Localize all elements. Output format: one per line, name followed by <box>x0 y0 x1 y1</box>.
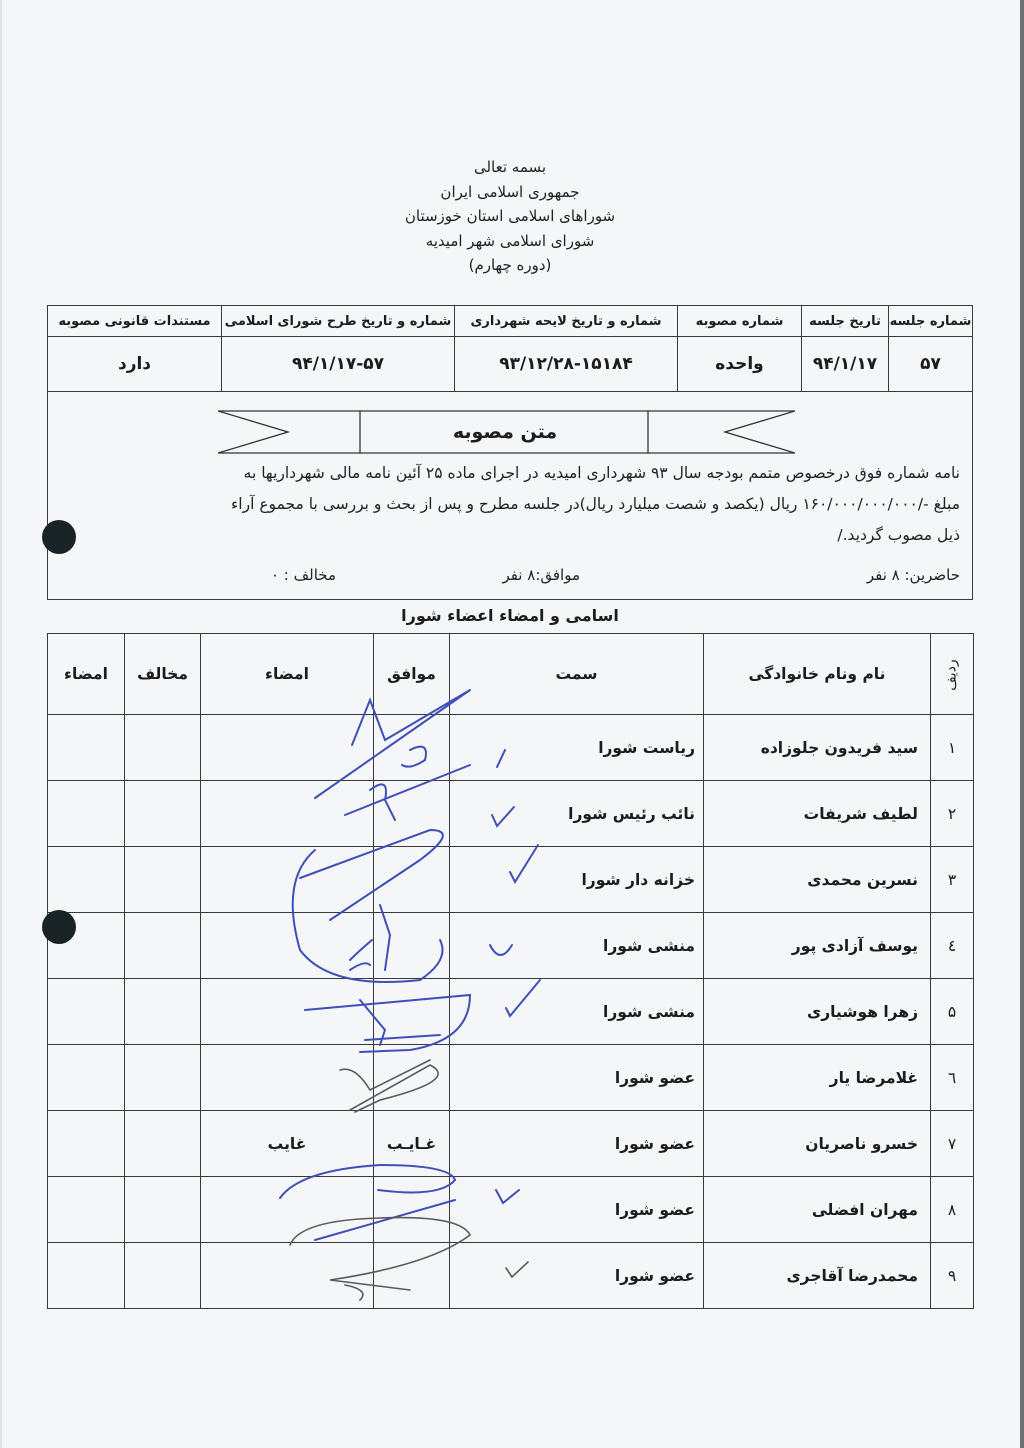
table-row: ۱ سید فریدون جلوزاده ریاست شورا <box>48 715 974 781</box>
row-name: زهرا هوشیاری <box>704 979 931 1045</box>
members-signature-table: ردیف نام ونام خانوادگی سمت موافق امضاء م… <box>47 633 974 1309</box>
row-signature2 <box>48 1045 125 1111</box>
header-bismillah: بسمه تعالی <box>300 155 720 180</box>
meta-legal-basis: دارد <box>48 337 222 392</box>
punch-hole-top <box>42 520 76 554</box>
row-index: ۸ <box>931 1177 974 1243</box>
punch-hole-bottom <box>42 910 76 944</box>
row-agree <box>374 913 450 979</box>
row-index: ۹ <box>931 1243 974 1309</box>
row-oppose <box>125 1177 201 1243</box>
meta-header-resolution-number: شماره مصوبه <box>678 306 802 337</box>
resolution-text-line1: نامه شماره فوق درخصوص متمم بودجه سال ۹۳ … <box>56 458 960 489</box>
members-section-title: اسامی و امضاء اعضاء شورا <box>300 606 720 625</box>
row-oppose <box>125 847 201 913</box>
row-name: خسرو ناصریان <box>704 1111 931 1177</box>
row-agree <box>374 1045 450 1111</box>
row-index: ۲ <box>931 781 974 847</box>
row-signature1 <box>201 1243 374 1309</box>
row-index: ۵ <box>931 979 974 1045</box>
header-country: جمهوری اسلامی ایران <box>300 180 720 205</box>
row-role: عضو شورا <box>450 1177 704 1243</box>
document-header: بسمه تعالی جمهوری اسلامی ایران شوراهای ا… <box>300 155 720 278</box>
row-oppose <box>125 781 201 847</box>
meta-header-municipal-bill: شماره و تاریخ لایحه شهرداری <box>455 306 678 337</box>
row-signature1 <box>201 1177 374 1243</box>
header-term: (دوره چهارم) <box>300 253 720 278</box>
row-signature1 <box>201 913 374 979</box>
row-name: لطیف شریفات <box>704 781 931 847</box>
resolution-text-line3: ذیل مصوب گردید./ <box>56 520 960 551</box>
resolution-title: متن مصوبه <box>360 411 650 453</box>
row-role: عضو شورا <box>450 1045 704 1111</box>
row-name: غلامرضا یار <box>704 1045 931 1111</box>
agree-count: موافق:۸ نفر <box>502 566 580 584</box>
meta-header-legal-basis: مستندات قانونی مصوبه <box>48 306 222 337</box>
row-role: منشی شورا <box>450 979 704 1045</box>
row-signature2 <box>48 781 125 847</box>
row-index: ٦ <box>931 1045 974 1111</box>
meta-municipal-bill: ۹۳/۱۲/۲۸-۱۵۱۸۴ <box>455 337 678 392</box>
meta-resolution-number: واحده <box>678 337 802 392</box>
table-row: ۵ زهرا هوشیاری منشی شورا <box>48 979 974 1045</box>
row-oppose <box>125 1243 201 1309</box>
table-row: ۷ خسرو ناصریان عضو شورا غـایـب غایب <box>48 1111 974 1177</box>
row-name: سید فریدون جلوزاده <box>704 715 931 781</box>
row-name: نسرین محمدی <box>704 847 931 913</box>
members-header-name: نام ونام خانوادگی <box>704 634 931 715</box>
header-city-council: شورای اسلامی شهر امیدیه <box>300 229 720 254</box>
row-oppose <box>125 979 201 1045</box>
meta-session-date: ۹۴/۱/۱۷ <box>802 337 889 392</box>
page-edge-right <box>1020 0 1024 1448</box>
row-oppose <box>125 913 201 979</box>
present-count: حاضرین: ۸ نفر <box>867 566 960 584</box>
meta-header-row: شماره جلسه تاریخ جلسه شماره مصوبه شماره … <box>48 306 973 337</box>
table-row: ٦ غلامرضا یار عضو شورا <box>48 1045 974 1111</box>
meta-session-number: ۵۷ <box>889 337 973 392</box>
meta-header-council-plan: شماره و تاریخ طرح شورای اسلامی <box>222 306 455 337</box>
members-header-agree: موافق <box>374 634 450 715</box>
members-header-index: ردیف <box>931 634 974 715</box>
row-signature2 <box>48 979 125 1045</box>
oppose-count: مخالف : ۰ <box>271 566 336 584</box>
row-signature2 <box>48 1243 125 1309</box>
row-index: ٤ <box>931 913 974 979</box>
table-row: ۲ لطیف شریفات نائب رئیس شورا <box>48 781 974 847</box>
row-role: عضو شورا <box>450 1111 704 1177</box>
members-header-row: ردیف نام ونام خانوادگی سمت موافق امضاء م… <box>48 634 974 715</box>
row-role: منشی شورا <box>450 913 704 979</box>
row-oppose <box>125 1045 201 1111</box>
row-name: محمدرضا آقاجری <box>704 1243 931 1309</box>
meta-header-session-date: تاریخ جلسه <box>802 306 889 337</box>
row-agree-absent: غـایـب <box>374 1111 450 1177</box>
members-header-oppose: مخالف <box>125 634 201 715</box>
resolution-text: نامه شماره فوق درخصوص متمم بودجه سال ۹۳ … <box>56 458 960 551</box>
row-index: ۳ <box>931 847 974 913</box>
row-signature1 <box>201 715 374 781</box>
row-role: نائب رئیس شورا <box>450 781 704 847</box>
row-name: یوسف آزادی پور <box>704 913 931 979</box>
meta-header-session-number: شماره جلسه <box>889 306 973 337</box>
row-agree <box>374 1177 450 1243</box>
members-header-role: سمت <box>450 634 704 715</box>
row-role: ریاست شورا <box>450 715 704 781</box>
row-signature1 <box>201 1045 374 1111</box>
meta-council-plan: ۹۴/۱/۱۷-۵۷ <box>222 337 455 392</box>
row-signature2 <box>48 847 125 913</box>
members-header-signature2: امضاء <box>48 634 125 715</box>
row-agree <box>374 715 450 781</box>
row-signature1 <box>201 781 374 847</box>
row-role: عضو شورا <box>450 1243 704 1309</box>
row-agree <box>374 979 450 1045</box>
page-edge-left <box>0 0 2 1448</box>
resolution-text-line2: مبلغ -/۱۶۰/۰۰۰/۰۰۰/۰۰۰ ریال (یکصد و شصت … <box>56 489 960 520</box>
row-signature1 <box>201 847 374 913</box>
row-signature1 <box>201 979 374 1045</box>
row-signature2 <box>48 1111 125 1177</box>
row-oppose <box>125 715 201 781</box>
row-name: مهران افضلی <box>704 1177 931 1243</box>
row-oppose <box>125 1111 201 1177</box>
table-row: ٤ یوسف آزادی پور منشی شورا <box>48 913 974 979</box>
row-signature1-absent: غایب <box>201 1111 374 1177</box>
resolution-meta-table: شماره جلسه تاریخ جلسه شماره مصوبه شماره … <box>47 305 973 392</box>
row-signature2 <box>48 1177 125 1243</box>
table-row: ۸ مهران افضلی عضو شورا <box>48 1177 974 1243</box>
row-agree <box>374 847 450 913</box>
table-row: ۳ نسرین محمدی خزانه دار شورا <box>48 847 974 913</box>
table-row: ۹ محمدرضا آقاجری عضو شورا <box>48 1243 974 1309</box>
members-header-signature1: امضاء <box>201 634 374 715</box>
row-agree <box>374 1243 450 1309</box>
row-index: ۱ <box>931 715 974 781</box>
row-index: ۷ <box>931 1111 974 1177</box>
row-signature2 <box>48 715 125 781</box>
meta-value-row: ۵۷ ۹۴/۱/۱۷ واحده ۹۳/۱۲/۲۸-۱۵۱۸۴ ۹۴/۱/۱۷-… <box>48 337 973 392</box>
row-agree <box>374 781 450 847</box>
row-role: خزانه دار شورا <box>450 847 704 913</box>
header-province-councils: شوراهای اسلامی استان خوزستان <box>300 204 720 229</box>
